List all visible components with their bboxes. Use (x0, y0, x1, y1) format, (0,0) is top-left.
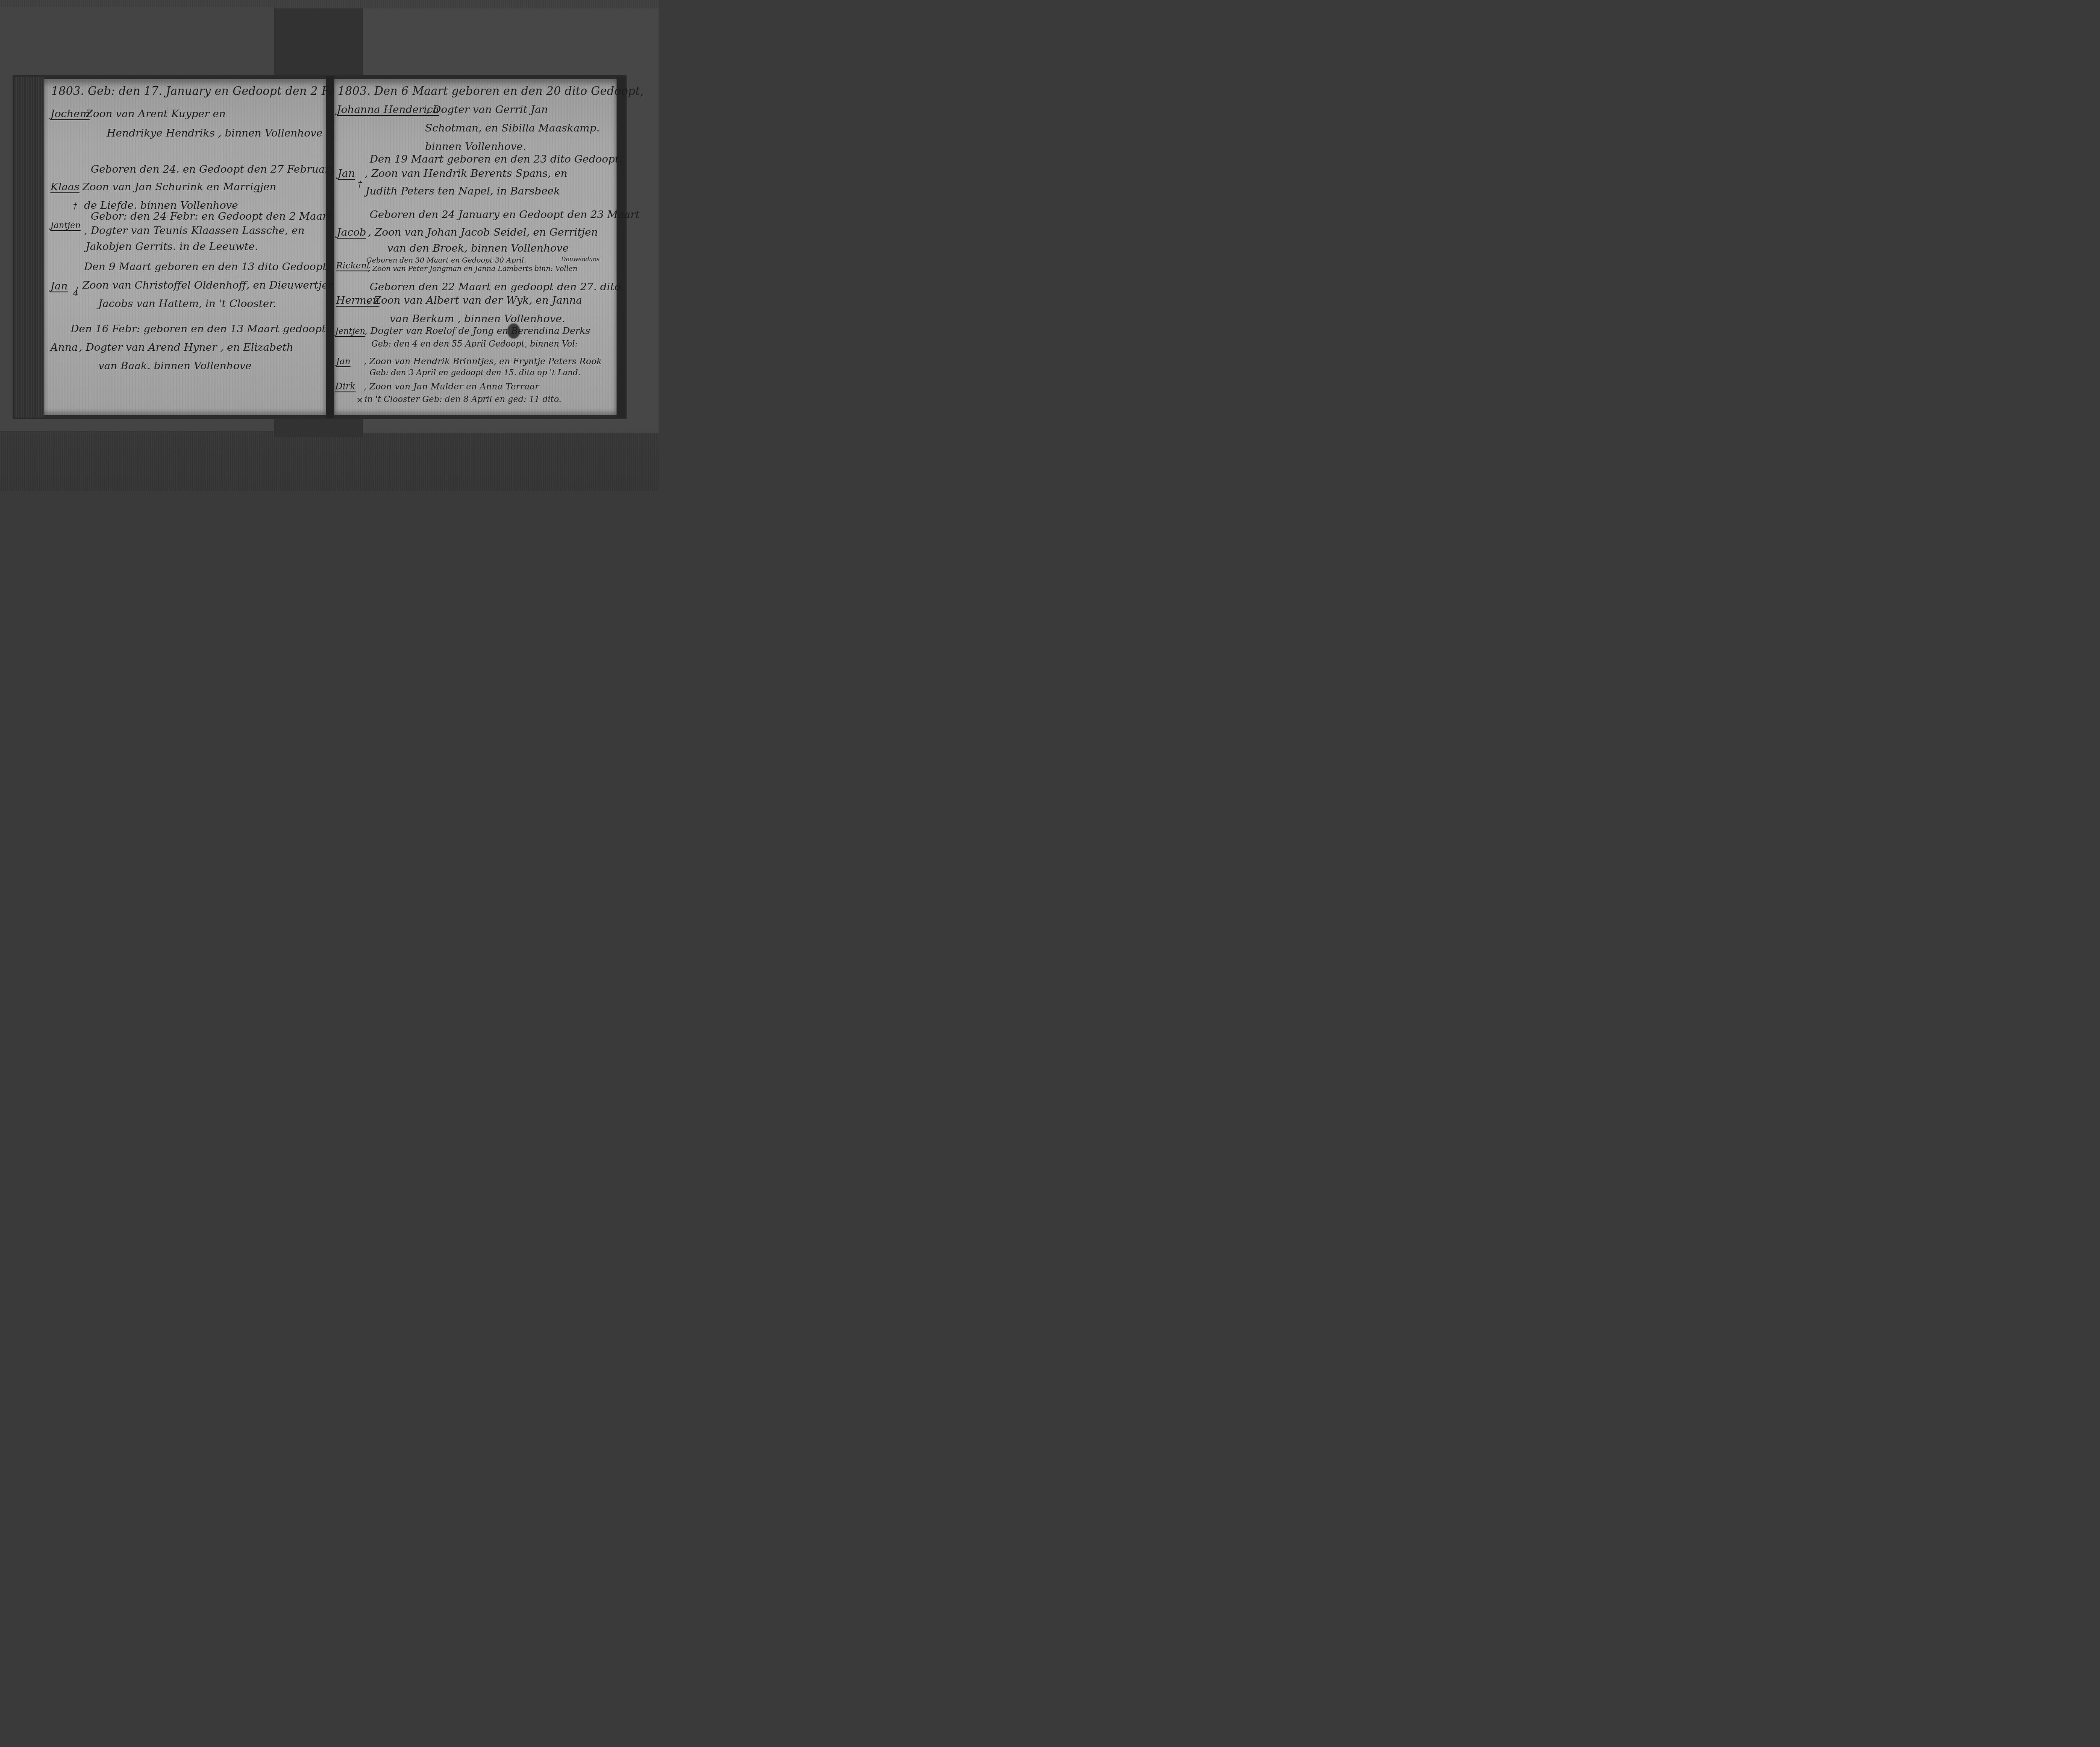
entry-name: Dirk (335, 381, 356, 392)
entry-place: binnen Vollenhove. (425, 140, 526, 152)
page-edges-right (617, 77, 625, 418)
entry-parents: , Dogter van Gerrit Jan (426, 103, 548, 116)
entry-parents: , Zoon van Albert van der Wyk, en Janna (367, 294, 582, 306)
entry-name: Jan (336, 356, 350, 366)
entry-name: Rickent (336, 260, 370, 271)
entry-parents: , Zoon van Johan Jacob Seidel, en Gerrit… (368, 226, 598, 238)
entry-dates: Geboren den 24 January en Gedoopt den 23… (370, 208, 640, 221)
entry-parents-cont: de Liefde. binnen Vollenhove (84, 199, 238, 211)
entry-name: Jantjen (50, 220, 81, 230)
entry-parents-cont: van den Broek, binnen Vollenhove (387, 242, 569, 254)
left-page-header: 1803. Geb: den 17. January en Gedoopt de… (51, 85, 322, 98)
entry-name: Klaas (50, 181, 79, 193)
entry-parents: , Dogter van Arend Hyner , en Elizabeth (79, 341, 293, 353)
entry-dates: Den 19 Maart geboren en den 23 dito Gedo… (370, 153, 622, 165)
entry-name: Jan (50, 280, 68, 292)
entry-dates: Den 9 Maart geboren en den 13 dito Gedoo… (84, 260, 330, 273)
entry-dates: Geb: den 4 en den 55 April Gedoopt, binn… (371, 339, 577, 349)
entry-parents: Zoon van Jan Schurink en Marrigjen (82, 181, 276, 193)
entry-parents: , Zoon van Jan Mulder en Anna Terraar (364, 381, 539, 391)
entry-parents: , Zoon van Hendrik Berents Spans, en (365, 167, 567, 179)
entry-name: Johanna Henderica (337, 103, 439, 116)
right-page-header: 1803. Den 6 Maart geboren en den 20 dito… (338, 85, 612, 98)
entry-annotation: Douwendans (561, 256, 599, 263)
entry-parents-cont: van Baak. binnen Vollenhove (98, 360, 252, 372)
death-mark: † (73, 201, 77, 211)
death-mark: † (358, 179, 362, 189)
entry-parents-cont: Jacobs van Hattem, in 't Clooster. (98, 297, 276, 310)
entry-parents-cont: Hendrikye Hendriks , binnen Vollenhove (107, 127, 323, 139)
entry-dates: Gebor: den 24 Febr: en Gedoopt den 2 Maa… (91, 210, 365, 222)
entry-dates: Geboren den 24. en Gedoopt den 27 Februa… (91, 163, 338, 175)
entry-parents-cont: Schotman, en Sibilla Maaskamp. (425, 122, 600, 134)
entry-dates: Geboren den 22 Maart en gedoopt den 27. … (370, 281, 624, 293)
note-mark: × (356, 395, 363, 405)
entry-parents-cont: Judith Peters ten Napel, in Barsbeek (365, 185, 560, 197)
entry-name: Anna (50, 341, 78, 353)
entry-dates: Den 16 Febr: geboren en den 13 Maart ged… (71, 323, 329, 335)
entry-dates: Geb: den 3 April en gedoopt den 15. dito… (370, 368, 580, 377)
entry-parents: , Dogter van Teunis Klaassen Lassche, en (84, 224, 304, 236)
entry-parents: , Dogter van Roelof de Jong en Berendina… (365, 326, 590, 336)
left-page: 1803. Geb: den 17. January en Gedoopt de… (44, 79, 326, 415)
entry-parents-cont: van Berkum , binnen Vollenhove. (390, 313, 565, 325)
entry-parents-cont: Jakobjen Gerrits. in de Leeuwte. (86, 240, 258, 252)
entry-parents: , Zoon van Peter Jongman en Janna Lamber… (368, 265, 577, 273)
entry-dates: Geboren den 30 Maart en Gedoopt 30 April… (366, 256, 526, 265)
entry-name: Jochem (50, 108, 90, 120)
entry-name: Jacob (337, 226, 366, 238)
entry-parents: , Zoon van Christoffel Oldenhoff, en Die… (76, 279, 335, 291)
right-page: 1803. Den 6 Maart geboren en den 20 dito… (334, 79, 617, 415)
entry-name: Jan (338, 167, 355, 179)
entry-place-dates: in 't Clooster Geb: den 8 April en ged: … (365, 394, 562, 404)
entry-parents: , Zoon van Hendrik Brinntjes, en Fryntje… (364, 356, 602, 366)
page-edges-left (14, 77, 44, 418)
book-gutter (326, 76, 334, 418)
entry-name: Jentjen (335, 326, 365, 336)
entry-parents: Zoon van Arent Kuyper en (86, 108, 226, 120)
